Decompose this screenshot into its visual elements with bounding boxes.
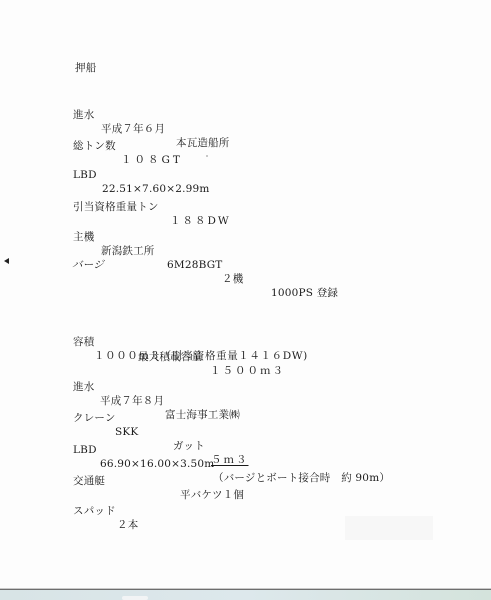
barge-launch-label: 進水 xyxy=(73,380,94,394)
crane-maker: SKK xyxy=(115,425,138,439)
barge-launch-date: 平成７年８月 xyxy=(100,394,164,408)
spud-row: スパッド ２本 xyxy=(73,490,87,546)
main-engine-count: ２機 xyxy=(222,272,243,286)
main-engine-power: 1000PS 登録 xyxy=(271,286,338,300)
spud-label: スパッド xyxy=(73,504,116,518)
lbd-value: 22.51×7.60×2.99m xyxy=(102,182,210,196)
deadweight-label: 引当資格重量トン xyxy=(73,200,159,214)
faint-mark xyxy=(206,155,208,157)
lbd-label: LBD xyxy=(73,168,97,182)
bucket-value: 平バケツ１個 xyxy=(180,488,244,502)
main-engine-maker: 新潟鉄工所 xyxy=(101,244,155,258)
gross-tonnage-value: １０８GT xyxy=(121,153,183,167)
grab-label: ガット xyxy=(173,439,205,453)
section-title-pusher: 押船 xyxy=(75,61,96,75)
launch-label: 進水 xyxy=(73,108,94,122)
capacity-label: 容積 xyxy=(73,335,94,349)
scrollbar-thumb[interactable] xyxy=(122,596,148,600)
deadweight-value: １８８DW xyxy=(170,214,231,228)
barge-launch-builder: 富士海事工業㈱ xyxy=(165,408,240,422)
main-engine-model: 6M28BGT xyxy=(167,258,223,272)
max-load-label: 最大積載容量 xyxy=(138,350,202,364)
left-arrow-icon[interactable] xyxy=(4,258,9,264)
horizontal-scrollbar[interactable] xyxy=(0,588,491,600)
max-load-row: 最大積載容量 １５００ｍ３ xyxy=(138,336,152,392)
crane-label: クレーン xyxy=(73,411,116,425)
launch-builder: 本瓦造船所 xyxy=(176,136,230,150)
barge-lbd-value: 66.90×16.00×3.50m xyxy=(100,457,214,471)
spud-value: ２本 xyxy=(117,518,138,532)
max-load-value: １５００ｍ３ xyxy=(210,364,285,378)
document-page: 押船 進水 平成７年６月 本瓦造船所 総トン数 １０８GT LBD 22.51×… xyxy=(0,0,491,588)
barge-lbd-note: （バージとボート接合時 約 90m） xyxy=(213,471,390,485)
faint-region xyxy=(345,516,433,540)
section-title-barge: バージ xyxy=(72,258,104,272)
main-engine-label: 主機 xyxy=(73,230,94,244)
tender-label: 交通艇 xyxy=(73,474,105,488)
launch-date: 平成７年６月 xyxy=(101,122,165,136)
barge-lbd-label: LBD xyxy=(73,443,97,457)
gross-tonnage-label: 総トン数 xyxy=(73,139,116,153)
